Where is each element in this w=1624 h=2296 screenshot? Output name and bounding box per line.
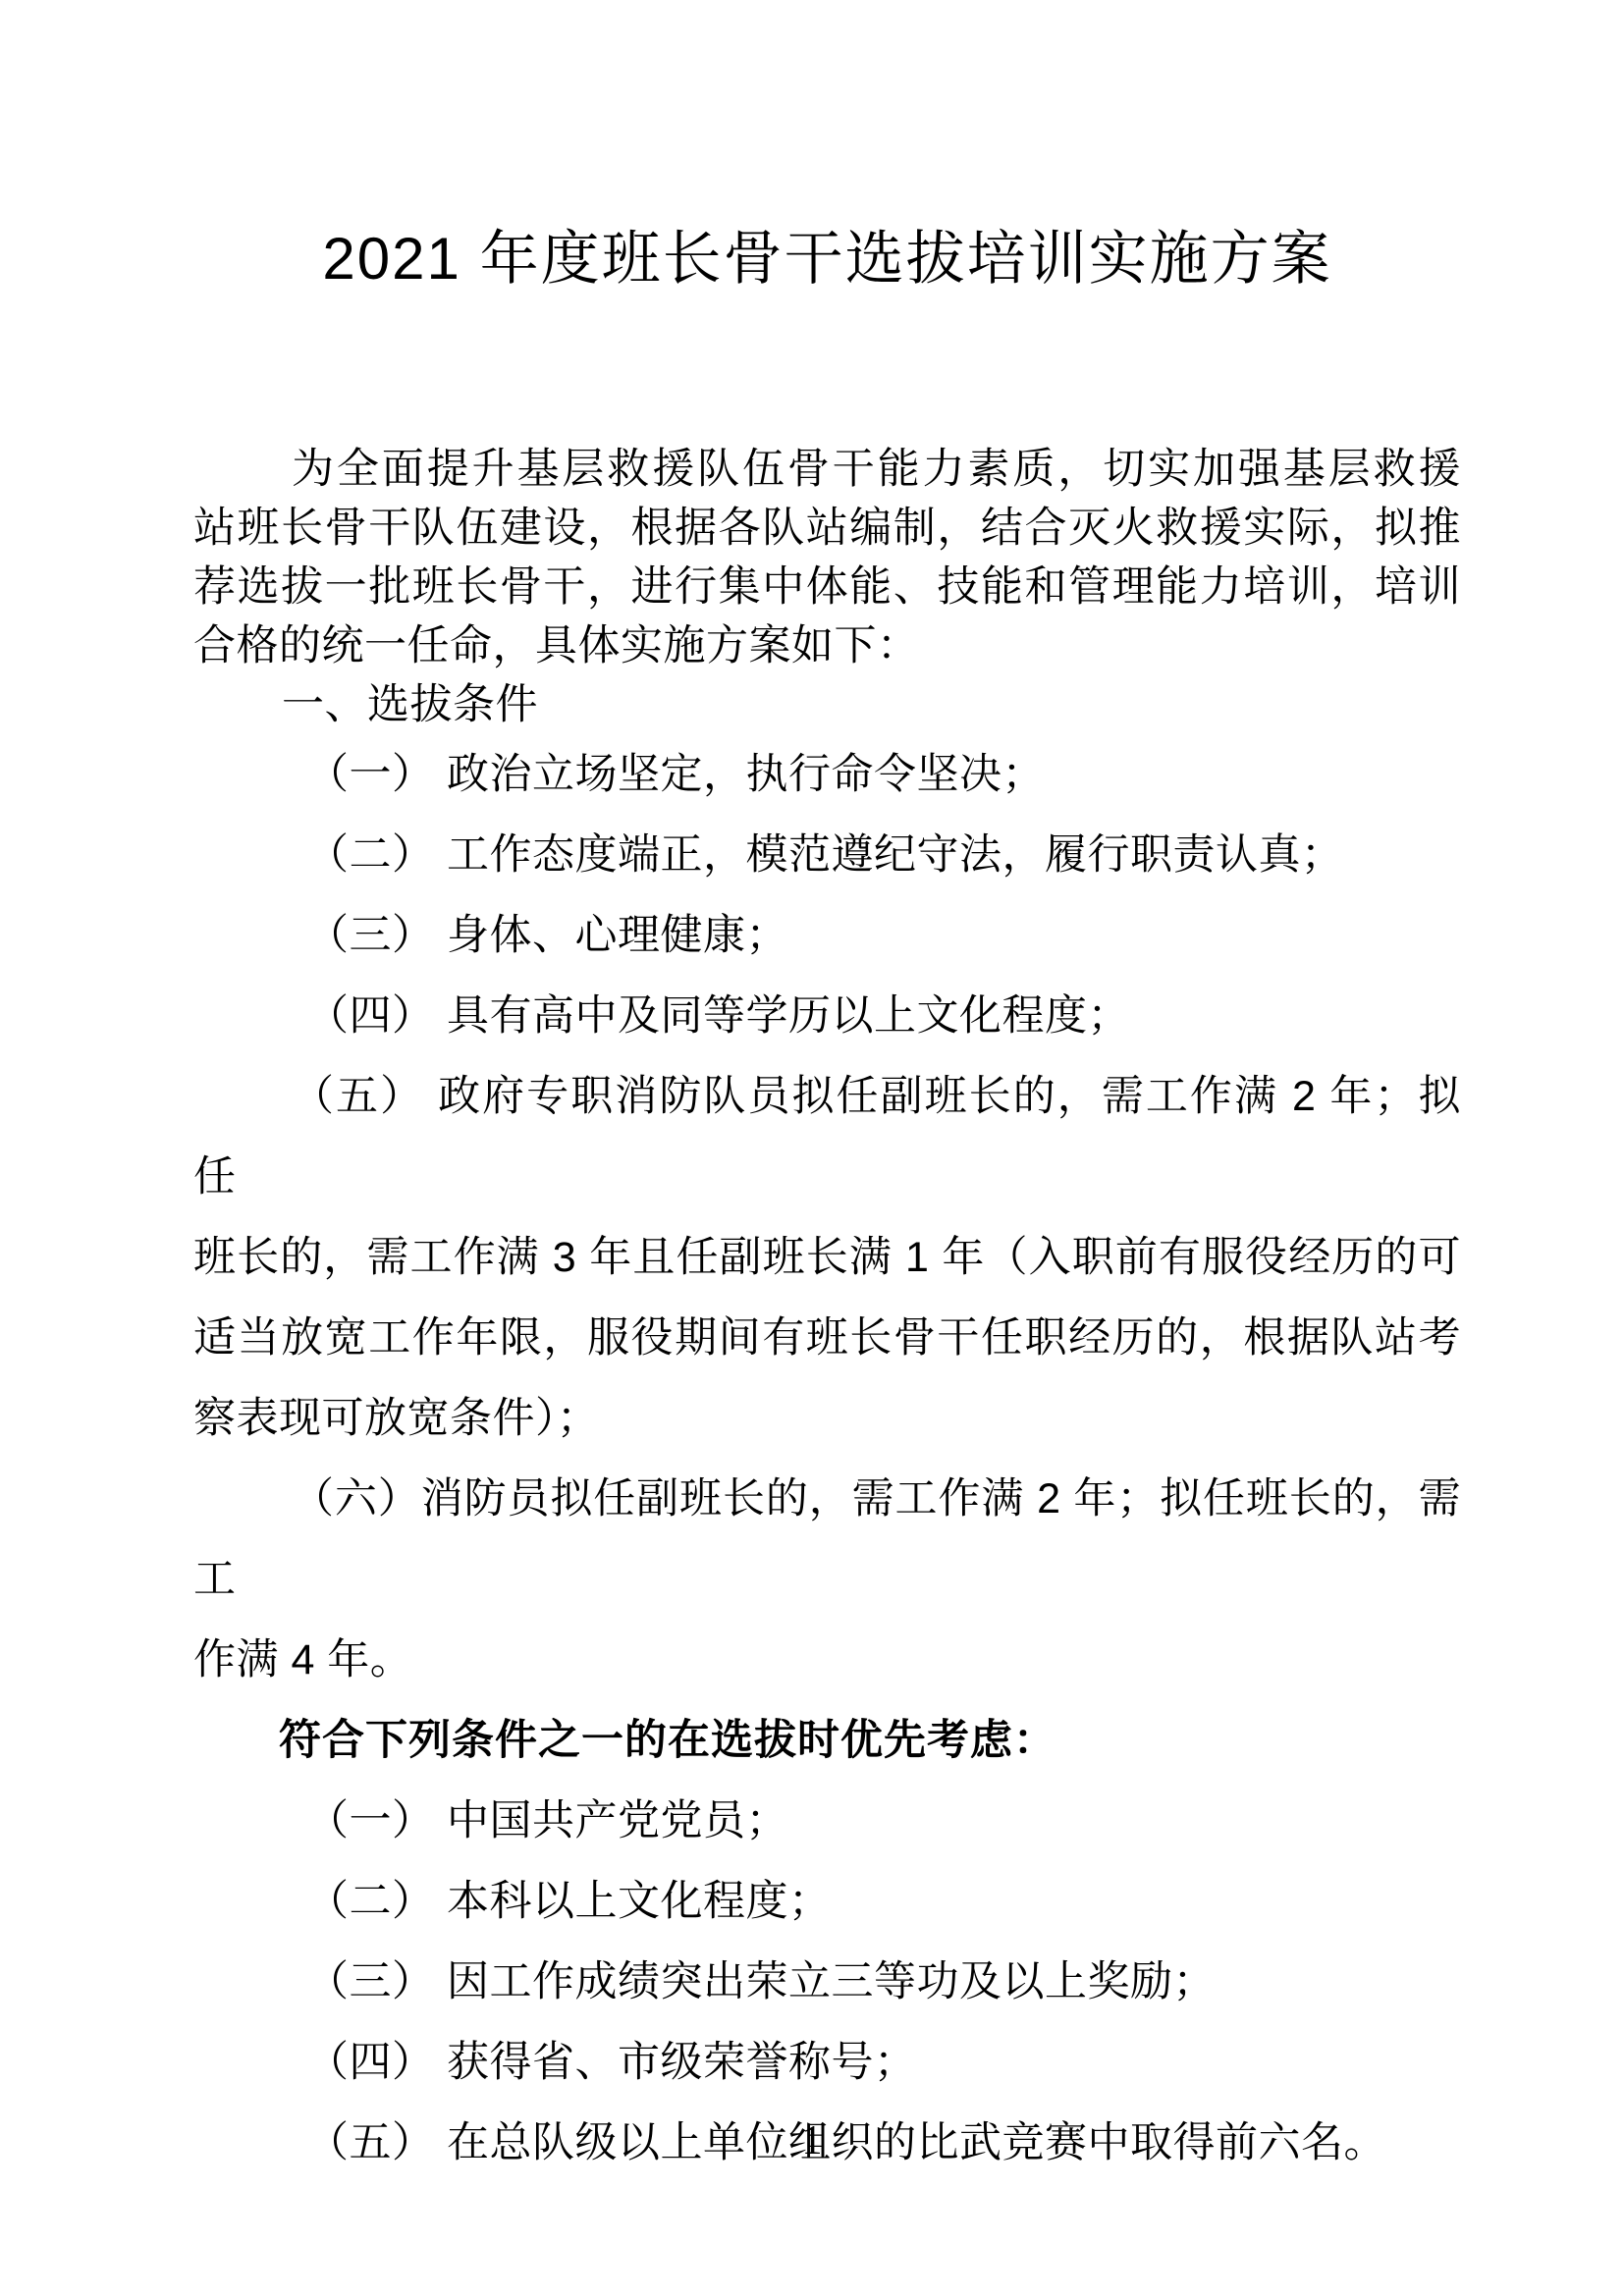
list-item-5-line-3: 适当放宽工作年限，服役期间有班长骨干任职经历的，根据队站考 — [193, 1298, 1461, 1378]
document-title: 2021 年度班长骨干选拔培训实施方案 — [193, 222, 1461, 296]
priority-item-2: （二） 本科以上文化程度； — [193, 1861, 1461, 1942]
priority-heading: 符合下列条件之一的在选拔时优先考虑： — [193, 1700, 1461, 1781]
list-item-5-line-1: （五） 政府专职消防队员拟任副班长的，需工作满 2 年；拟任 — [193, 1056, 1461, 1217]
list-item-6-line-2: 作满 4 年。 — [193, 1620, 1461, 1700]
priority-item-3: （三） 因工作成绩突出荣立三等功及以上奖励； — [193, 1942, 1461, 2022]
intro-line-2: 站班长骨干队伍建设，根据各队站编制，结合灭火救援实际，拟推 — [193, 499, 1461, 558]
list-item-3: （三） 身体、心理健康； — [193, 895, 1461, 976]
document-body: 为全面提升基层救援队伍骨干能力素质，切实加强基层救援 站班长骨干队伍建设，根据各… — [193, 440, 1461, 2183]
list-item-1: （一） 政治立场坚定，执行命令坚决； — [193, 734, 1461, 815]
list-item-4: （四） 具有高中及同等学历以上文化程度； — [193, 976, 1461, 1056]
intro-line-3: 荐选拔一批班长骨干，进行集中体能、技能和管理能力培训，培训 — [193, 558, 1461, 616]
list-item-5-line-4: 察表现可放宽条件）； — [193, 1378, 1461, 1459]
list-item-5-line-2: 班长的，需工作满 3 年且任副班长满 1 年（入职前有服役经历的可 — [193, 1217, 1461, 1298]
priority-item-4: （四） 获得省、市级荣誉称号； — [193, 2022, 1461, 2103]
list-item-2: （二） 工作态度端正，模范遵纪守法，履行职责认真； — [193, 815, 1461, 895]
page-number: 1 — [0, 2110, 1624, 2171]
section-heading-selection-conditions: 一、选拔条件 — [193, 675, 1461, 734]
list-item-6-line-1: （六）消防员拟任副班长的，需工作满 2 年；拟任班长的，需工 — [193, 1459, 1461, 1620]
priority-item-1: （一） 中国共产党党员； — [193, 1781, 1461, 1861]
intro-line-4: 合格的统一任命，具体实施方案如下： — [193, 616, 1461, 675]
document-page: 2021 年度班长骨干选拔培训实施方案 为全面提升基层救援队伍骨干能力素质，切实… — [0, 0, 1624, 2296]
intro-line-1: 为全面提升基层救援队伍骨干能力素质，切实加强基层救援 — [193, 440, 1461, 499]
